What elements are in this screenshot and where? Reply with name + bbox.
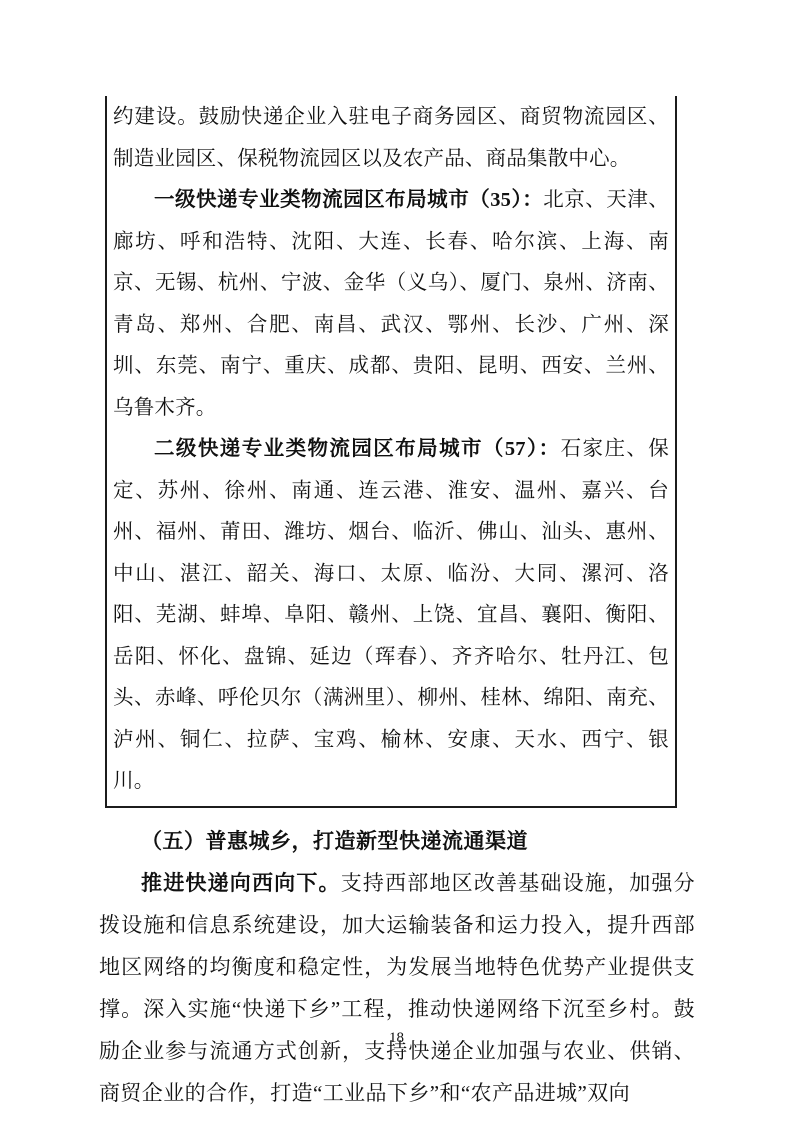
tier1-paragraph: 一级快递专业类物流园区布局城市（35）：北京、天津、廊坊、呼和浩特、沈阳、大连、… <box>113 180 669 429</box>
panel-continued-paragraph: 约建设。鼓励快递企业入驻电子商务园区、商贸物流园区、制造业园区、保税物流园区以及… <box>113 97 669 180</box>
section-paragraph-body: 支持西部地区改善基础设施，加强分拨设施和信息系统建设，加大运输装备和运力投入，提… <box>99 871 695 1105</box>
tier1-heading: 一级快递专业类物流园区布局城市（35）： <box>154 189 543 211</box>
section-heading: （五）普惠城乡，打造新型快递流通渠道 <box>99 820 695 862</box>
section-paragraph-lead: 推进快递向西向下。 <box>141 871 341 895</box>
tier2-paragraph: 二级快递专业类物流园区布局城市（57）：石家庄、保定、苏州、徐州、南通、连云港、… <box>113 429 669 803</box>
boxed-panel: 约建设。鼓励快递企业入驻电子商务园区、商贸物流园区、制造业园区、保税物流园区以及… <box>105 96 677 808</box>
page-number: 18 <box>0 1030 793 1047</box>
tier2-heading: 二级快递专业类物流园区布局城市（57）： <box>154 438 561 460</box>
section-paragraph: 推进快递向西向下。支持西部地区改善基础设施，加强分拨设施和信息系统建设，加大运输… <box>99 862 695 1114</box>
tier2-cities: 石家庄、保定、苏州、徐州、南通、连云港、淮安、温州、嘉兴、台州、福州、莆田、潍坊… <box>113 438 669 792</box>
page-content: 约建设。鼓励快递企业入驻电子商务园区、商贸物流园区、制造业园区、保税物流园区以及… <box>99 0 695 1114</box>
document-page: 约建设。鼓励快递企业入驻电子商务园区、商贸物流园区、制造业园区、保税物流园区以及… <box>0 0 793 1122</box>
tier1-cities: 北京、天津、廊坊、呼和浩特、沈阳、大连、长春、哈尔滨、上海、南京、无锡、杭州、宁… <box>113 189 669 419</box>
